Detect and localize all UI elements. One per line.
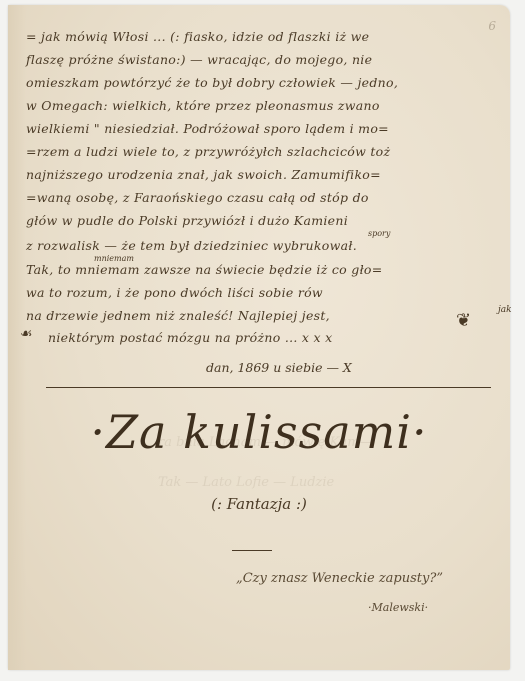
epigraph-quote: „Czy znasz Weneckie zapusty?” — [236, 571, 443, 586]
manuscript-page: ra bnia Lacham — mówię Kum— Tak — Lato L… — [8, 5, 510, 670]
section-divider — [46, 387, 491, 388]
manuscript-line: omieszkam powtórzyć że to był dobry czło… — [26, 75, 398, 90]
manuscript-line: Tak, to mniemam zawsze na świecie będzie… — [26, 262, 383, 277]
manuscript-line: z rozwalisk — że tem był dziedziniec wyb… — [26, 238, 357, 253]
ink-sketch-icon: ☙ — [20, 326, 33, 342]
margin-note: jak — [498, 305, 512, 315]
short-divider — [232, 550, 272, 551]
manuscript-line: wielkiemi " niesiedział. Podróżował spor… — [26, 121, 389, 136]
manuscript-line: na drzewie jednem niż znaleść! Najlepiej… — [26, 308, 330, 323]
manuscript-line: =rzem a ludzi wiele to, z przywróżyłch s… — [26, 144, 390, 159]
bleed-through-text: Tak — Lato Lofie — Ludzie — [158, 475, 334, 490]
interlinear-insertion: spory — [368, 229, 390, 238]
signature-line: dan, 1869 u siebie — X — [206, 360, 352, 375]
document-subtitle: (: Fantazja :) — [8, 495, 510, 513]
epigraph-author: ·Malewski· — [368, 601, 428, 614]
ink-sketch-icon: ❦ — [456, 310, 471, 331]
interlinear-insertion: mniemam — [94, 254, 134, 263]
manuscript-line: głów w pudle do Polski przywiózł i dużo … — [26, 213, 348, 228]
manuscript-line: =waną osobę, z Faraońskiego czasu całą o… — [26, 190, 369, 205]
manuscript-line: najniższego urodzenia znał, jak swoich. … — [26, 167, 381, 182]
folio-number: 6 — [488, 19, 496, 33]
manuscript-line: w Omegach: wielkich, które przez pleonas… — [26, 98, 380, 113]
document-title: ·Za kulissami· — [8, 405, 510, 459]
manuscript-line: = jak mówią Włosi ... (: fiasko, idzie o… — [26, 29, 369, 44]
manuscript-line: flaszę próżne świstano:) — wracając, do … — [26, 52, 372, 67]
manuscript-line: wa to rozum, i że pono dwóch liści sobie… — [26, 285, 323, 300]
manuscript-line: niektórym postać mózgu na próżno ... x x… — [48, 330, 333, 345]
